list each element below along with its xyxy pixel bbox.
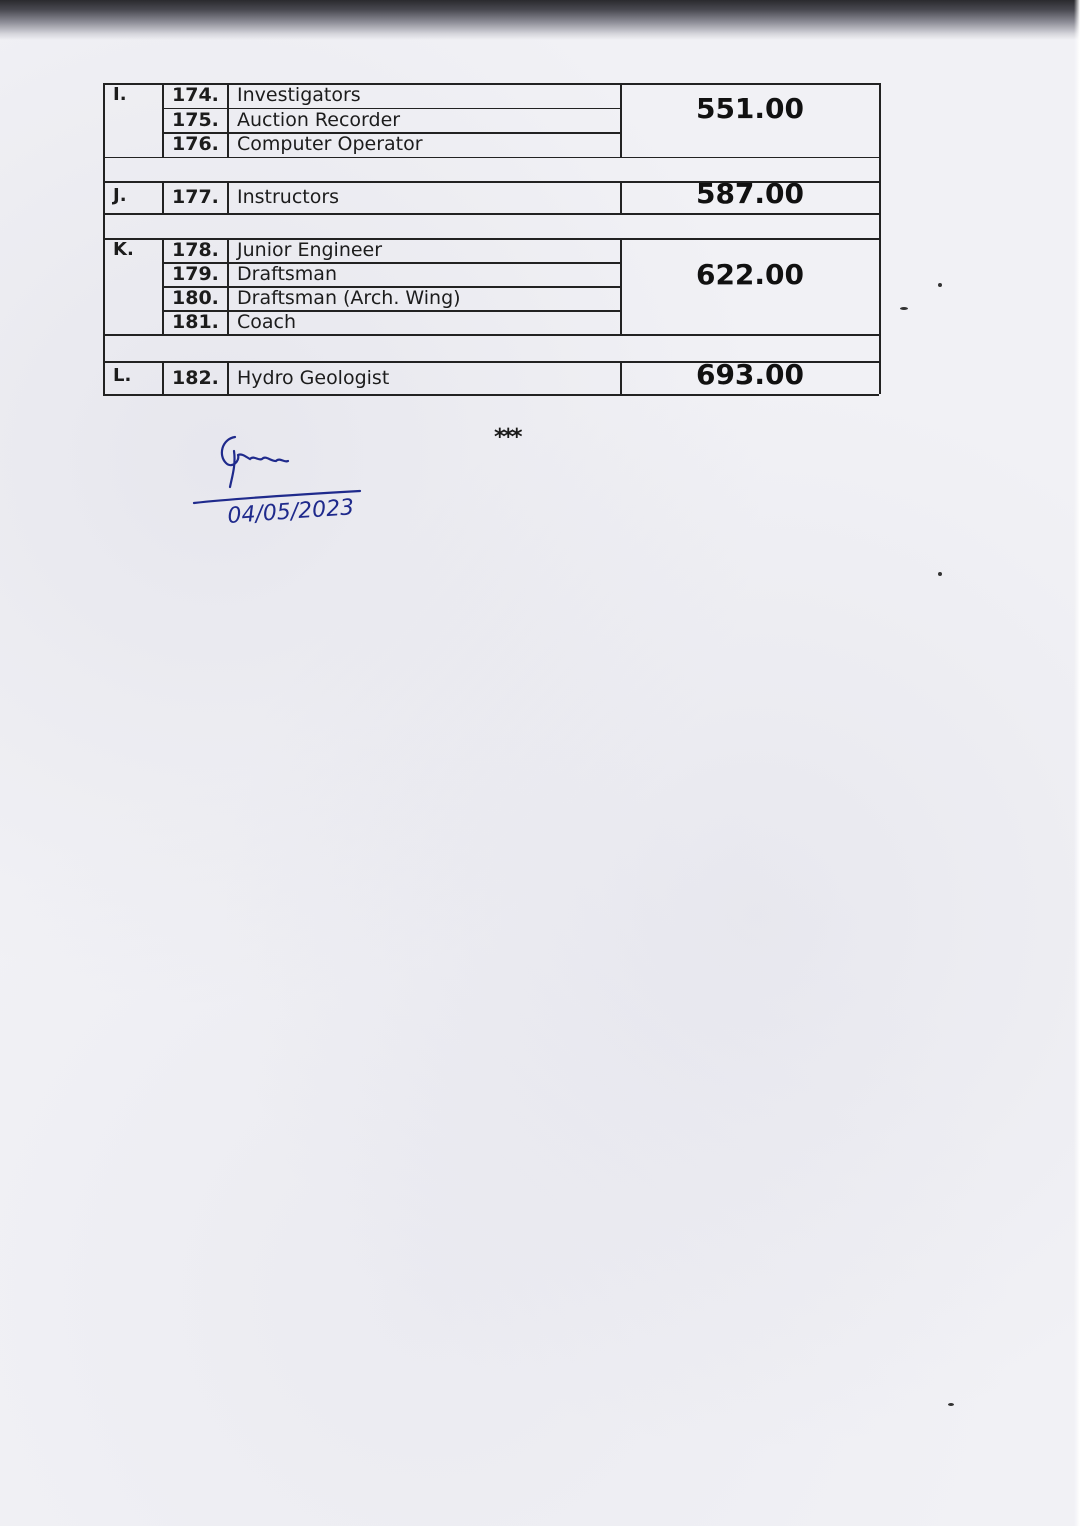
post-name: Computer Operator (237, 132, 423, 156)
serial-number: 181. (172, 310, 219, 334)
table-rule (103, 334, 879, 336)
table-rule (162, 361, 164, 394)
serial-number: 176. (172, 132, 219, 156)
post-name: Draftsman (Arch. Wing) (237, 286, 461, 310)
pay-amount: 693.00 (620, 358, 880, 391)
scan-speck (900, 307, 908, 310)
group-label: I. (113, 83, 127, 107)
scan-speck (938, 283, 942, 287)
serial-number: 180. (172, 286, 219, 310)
group-label: L. (113, 364, 131, 388)
scan-edge-right (1074, 0, 1080, 1526)
post-name: Hydro Geologist (237, 366, 389, 390)
post-name: Auction Recorder (237, 108, 400, 132)
table-rule (227, 181, 229, 213)
table-rule (103, 83, 879, 85)
pay-amount: 551.00 (620, 92, 880, 125)
post-name: Draftsman (237, 262, 337, 286)
scan-speck (938, 572, 942, 576)
post-name: Junior Engineer (237, 238, 382, 262)
table-rule (227, 361, 229, 394)
table-rule (162, 310, 620, 312)
signature-date: 04/05/2023 (227, 495, 355, 529)
post-name: Investigators (237, 83, 361, 107)
table-rule (879, 83, 881, 394)
table-rule (162, 181, 164, 213)
signature-scribble-icon: 04/05/2023 (190, 425, 380, 535)
post-name: Coach (237, 310, 296, 334)
scan-speck (948, 1403, 954, 1406)
table-rule (103, 157, 879, 159)
table-rule (162, 83, 164, 157)
group-label: J. (113, 184, 127, 208)
serial-number: 175. (172, 108, 219, 132)
table-rule (227, 238, 229, 334)
serial-number: 178. (172, 238, 219, 262)
table-rule (103, 213, 879, 215)
pay-amount: 587.00 (620, 177, 880, 210)
scan-shadow-top (0, 0, 1080, 40)
post-name: Instructors (237, 185, 339, 209)
serial-number: 177. (172, 185, 219, 209)
paper-background (0, 0, 1080, 1526)
table-rule (103, 394, 879, 396)
table-rule (103, 83, 105, 394)
table-rule (227, 83, 229, 157)
pay-amount: 622.00 (620, 258, 880, 291)
table-rule (162, 238, 164, 334)
group-label: K. (113, 238, 134, 262)
handwritten-signature: 04/05/2023 (190, 425, 380, 535)
table-rule (162, 262, 620, 264)
serial-number: 179. (172, 262, 219, 286)
table-rule (103, 238, 879, 240)
serial-number: 174. (172, 83, 219, 107)
end-of-document-marker: *** (494, 425, 520, 450)
serial-number: 182. (172, 366, 219, 390)
